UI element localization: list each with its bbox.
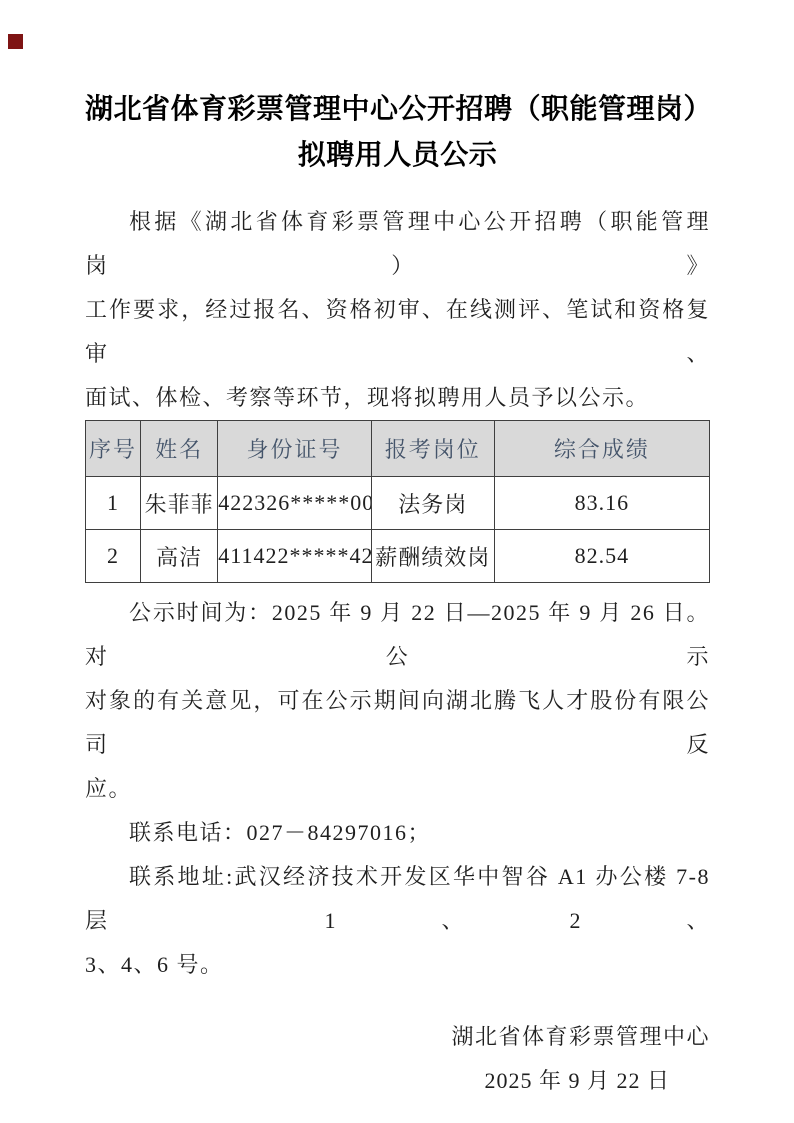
document-page: 湖北省体育彩票管理中心公开招聘（职能管理岗） 拟聘用人员公示 根据《湖北省体育彩… — [0, 86, 794, 1103]
title-line-2: 拟聘用人员公示 — [85, 132, 710, 178]
col-header-id-number: 身份证号 — [218, 421, 372, 477]
notice-paragraph: 公示时间为：2025 年 9 月 22 日—2025 年 9 月 26 日。对公… — [85, 591, 710, 811]
signature-date: 2025 年 9 月 22 日 — [85, 1059, 710, 1103]
address-line-1: 联系地址:武汉经济技术开发区华中智谷 A1 办公楼 7-8 层 1、2、 — [85, 855, 710, 943]
table-row: 2 高洁 411422*****422X 薪酬绩效岗 82.54 — [86, 530, 710, 583]
red-marker-square — [8, 34, 23, 49]
table-row: 1 朱菲菲 422326*****0029 法务岗 83.16 — [86, 477, 710, 530]
candidates-table: 序号 姓名 身份证号 报考岗位 综合成绩 1 朱菲菲 422326*****00… — [85, 420, 710, 583]
cell-id-number: 422326*****0029 — [218, 477, 372, 530]
cell-name: 高洁 — [140, 530, 217, 583]
cell-position: 法务岗 — [371, 477, 494, 530]
col-header-serial: 序号 — [86, 421, 141, 477]
title-line-1: 湖北省体育彩票管理中心公开招聘（职能管理岗） — [85, 86, 710, 132]
signature-organization: 湖北省体育彩票管理中心 — [85, 1015, 710, 1059]
intro-line-2: 工作要求，经过报名、资格初审、在线测评、笔试和资格复审、 — [85, 288, 710, 376]
cell-name: 朱菲菲 — [140, 477, 217, 530]
col-header-position: 报考岗位 — [371, 421, 494, 477]
contact-address: 联系地址:武汉经济技术开发区华中智谷 A1 办公楼 7-8 层 1、2、 3、4… — [85, 855, 710, 987]
intro-line-3: 面试、体检、考察等环节，现将拟聘用人员予以公示。 — [85, 376, 710, 420]
table-header-row: 序号 姓名 身份证号 报考岗位 综合成绩 — [86, 421, 710, 477]
intro-line-1: 根据《湖北省体育彩票管理中心公开招聘（职能管理岗）》 — [85, 200, 710, 288]
cell-score: 82.54 — [494, 530, 709, 583]
cell-score: 83.16 — [494, 477, 709, 530]
contact-phone-line: 联系电话：027－84297016； — [85, 811, 710, 855]
cell-serial: 1 — [86, 477, 141, 530]
cell-id-number: 411422*****422X — [218, 530, 372, 583]
address-line-2: 3、4、6 号。 — [85, 943, 710, 987]
notice-line-3: 应。 — [85, 767, 710, 811]
col-header-name: 姓名 — [140, 421, 217, 477]
col-header-score: 综合成绩 — [494, 421, 709, 477]
cell-serial: 2 — [86, 530, 141, 583]
document-title: 湖北省体育彩票管理中心公开招聘（职能管理岗） 拟聘用人员公示 — [85, 86, 710, 178]
cell-position: 薪酬绩效岗 — [371, 530, 494, 583]
notice-line-1: 公示时间为：2025 年 9 月 22 日—2025 年 9 月 26 日。对公… — [85, 591, 710, 679]
intro-paragraph: 根据《湖北省体育彩票管理中心公开招聘（职能管理岗）》 工作要求，经过报名、资格初… — [85, 200, 710, 420]
notice-line-2: 对象的有关意见，可在公示期间向湖北腾飞人才股份有限公司反 — [85, 679, 710, 767]
